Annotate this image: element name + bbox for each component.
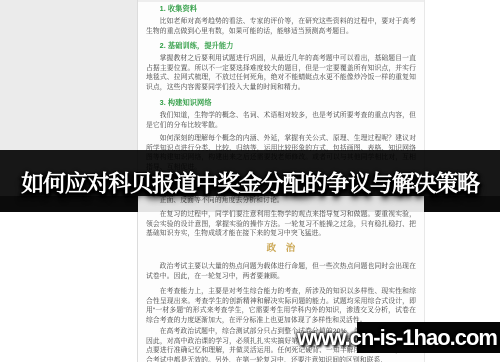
section-heading-basic-training: 2. 基础训练，提升能力	[146, 41, 416, 51]
watermark-text: www.cn-is-1hao.com	[297, 325, 497, 351]
background-left-gutter	[0, 0, 138, 150]
section-heading-collect-materials: 1. 收集资料	[146, 4, 416, 14]
paragraph-review-process: 在复习的过程中，同学们要注意利用生物学的观点来指导复习和做题。要重视实验，领会实…	[146, 210, 416, 239]
page-top-divider	[138, 0, 424, 2]
paragraph-collect-materials: 比如老师对高考趋势的看法、专家的评价等，在研究这些资料的过程中，要对于高考生物的…	[146, 17, 416, 36]
paragraph-politics-hotspots: 政治考试主要以大量的热点问题为载体进行命题，但一些次热点问题也同时会出现在试卷中…	[146, 262, 416, 281]
section-heading-knowledge-network: 3. 构建知识网络	[146, 98, 416, 108]
paragraph-basic-training: 掌握教材之后要利用试题进行巩固，从最近几年的高考题中可以看出，基础题目一直占据主…	[146, 54, 416, 93]
paragraph-ability-examination: 在考查能力上，主要是对考生综合能力的考查，所涉及的知识以多样性、现实性和综合性呈…	[146, 287, 416, 326]
overlay-title: 如何应对科贝报道中奖金分配的争议与解决策略	[0, 150, 500, 212]
paragraph-knowledge-scattered: 我们知道，生物学的概念、名词、术语相对较多，也是考试所要考查的重点内容，但是它们…	[146, 111, 416, 130]
section-heading-politics: 政 治	[146, 244, 416, 254]
screenshot-stage: 1. 收集资料 比如老师对高考趋势的看法、专家的评价等，在研究这些资料的过程中，…	[0, 0, 500, 362]
